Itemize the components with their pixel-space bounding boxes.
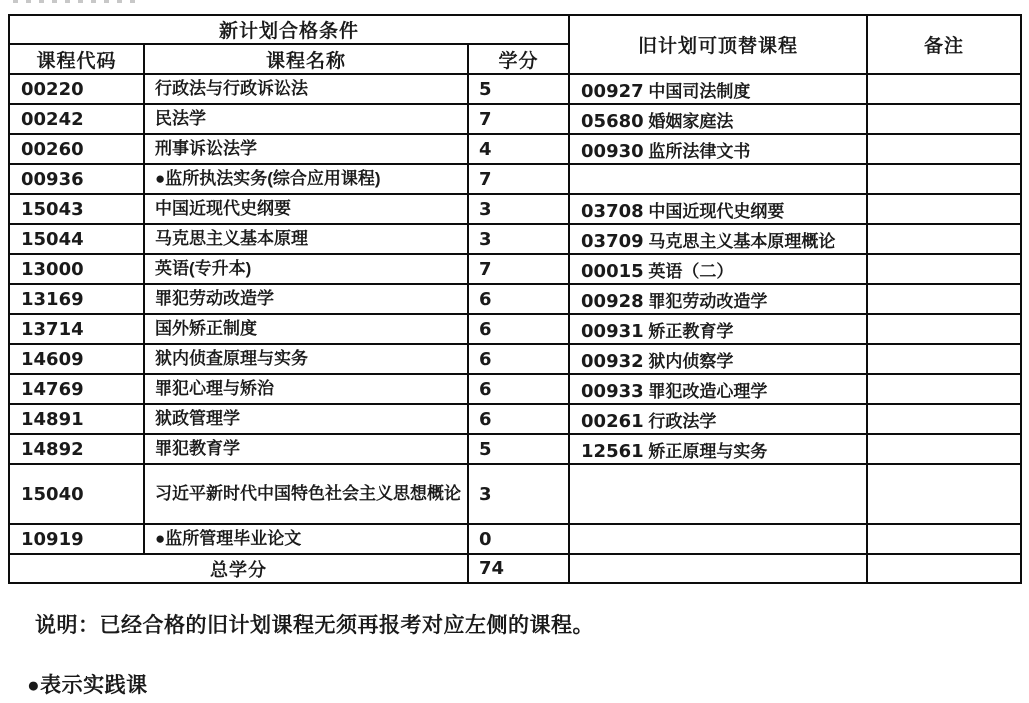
old-course-cell: 05680 婚姻家庭法 (569, 104, 867, 134)
course-code-cell: 13714 (9, 314, 144, 344)
table-row: 14769罪犯心理与矫治600933 罪犯改造心理学 (9, 374, 1021, 404)
table-row: 00242民法学705680 婚姻家庭法 (9, 104, 1021, 134)
old-plan-header: 旧计划可顶替课程 (569, 15, 867, 74)
course-name-cell: 习近平新时代中国特色社会主义思想概论 (144, 464, 468, 524)
explanation-note: 说明：已经合格的旧计划课程无须再报考对应左侧的课程。 (35, 609, 594, 639)
new-plan-header: 新计划合格条件 (9, 15, 569, 44)
old-course-cell: 03708 中国近现代史纲要 (569, 194, 867, 224)
old-course-code: 12561 (581, 441, 644, 462)
table-header: 新计划合格条件 旧计划可顶替课程 备注 课程代码 课程名称 学分 (9, 15, 1021, 74)
course-code-cell: 15043 (9, 194, 144, 224)
remark-cell (867, 554, 1021, 583)
table-row: 00260刑事诉讼法学400930 监所法律文书 (9, 134, 1021, 164)
col-header-credits: 学分 (468, 44, 569, 74)
old-course-cell (569, 464, 867, 524)
course-name-cell: 罪犯教育学 (144, 434, 468, 464)
table-row: 15044马克思主义基本原理303709 马克思主义基本原理概论 (9, 224, 1021, 254)
old-course-code: 00015 (581, 261, 644, 282)
course-name-cell: ●监所管理毕业论文 (144, 524, 468, 554)
old-course-cell (569, 524, 867, 554)
credits-cell: 5 (468, 434, 569, 464)
course-name-cell: 国外矫正制度 (144, 314, 468, 344)
credits-cell: 5 (468, 74, 569, 104)
old-course-code: 00261 (581, 411, 644, 432)
table-row: 14891狱政管理学600261 行政法学 (9, 404, 1021, 434)
practice-course-legend: ●表示实践课 (27, 669, 148, 699)
remark-header: 备注 (867, 15, 1021, 74)
table-row: 10919●监所管理毕业论文0 (9, 524, 1021, 554)
remark-cell (867, 164, 1021, 194)
remark-cell (867, 314, 1021, 344)
old-course-cell: 03709 马克思主义基本原理概论 (569, 224, 867, 254)
header-row-group: 新计划合格条件 旧计划可顶替课程 备注 (9, 15, 1021, 44)
credits-cell: 6 (468, 344, 569, 374)
table-row: 14892罪犯教育学512561 矫正原理与实务 (9, 434, 1021, 464)
course-name-cell: ●监所执法实务(综合应用课程) (144, 164, 468, 194)
course-code-cell: 00260 (9, 134, 144, 164)
remark-cell (867, 464, 1021, 524)
remark-cell (867, 134, 1021, 164)
course-name-cell: 英语(专升本) (144, 254, 468, 284)
remark-cell (867, 284, 1021, 314)
course-code-cell: 14892 (9, 434, 144, 464)
old-course-code: 00930 (581, 141, 644, 162)
old-course-code: 00932 (581, 351, 644, 372)
old-course-cell: 00015 英语（二） (569, 254, 867, 284)
table-row: 15040习近平新时代中国特色社会主义思想概论3 (9, 464, 1021, 524)
course-name-cell: 行政法与行政诉讼法 (144, 74, 468, 104)
old-course-cell: 00932 狱内侦察学 (569, 344, 867, 374)
credits-cell: 7 (468, 104, 569, 134)
table-row: 13000英语(专升本)700015 英语（二） (9, 254, 1021, 284)
credits-cell: 0 (468, 524, 569, 554)
total-credits-label: 总学分 (9, 554, 468, 583)
course-table-body: 00220行政法与行政诉讼法500927 中国司法制度00242民法学70568… (9, 74, 1021, 554)
old-course-code: 00927 (581, 81, 644, 102)
credits-cell: 3 (468, 224, 569, 254)
old-course-code: 05680 (581, 111, 644, 132)
credits-cell: 6 (468, 404, 569, 434)
old-course-cell: 00261 行政法学 (569, 404, 867, 434)
credits-cell: 3 (468, 464, 569, 524)
table-row: 00220行政法与行政诉讼法500927 中国司法制度 (9, 74, 1021, 104)
credits-cell: 6 (468, 314, 569, 344)
course-name-cell: 民法学 (144, 104, 468, 134)
course-name-cell: 罪犯劳动改造学 (144, 284, 468, 314)
credits-cell: 4 (468, 134, 569, 164)
old-course-cell (569, 554, 867, 583)
course-code-cell: 14769 (9, 374, 144, 404)
document-page: 新计划合格条件 旧计划可顶替课程 备注 课程代码 课程名称 学分 00220行政… (0, 0, 1029, 703)
course-name-cell: 马克思主义基本原理 (144, 224, 468, 254)
credits-cell: 7 (468, 254, 569, 284)
course-name-cell: 狱政管理学 (144, 404, 468, 434)
remark-cell (867, 194, 1021, 224)
course-code-cell: 13000 (9, 254, 144, 284)
old-course-cell: 00931 矫正教育学 (569, 314, 867, 344)
old-course-code: 00933 (581, 381, 644, 402)
course-name-cell: 刑事诉讼法学 (144, 134, 468, 164)
old-course-cell: 00927 中国司法制度 (569, 74, 867, 104)
col-header-course-code: 课程代码 (9, 44, 144, 74)
credits-cell: 6 (468, 374, 569, 404)
table-footer: 总学分 74 (9, 554, 1021, 583)
remark-cell (867, 434, 1021, 464)
col-header-course-name: 课程名称 (144, 44, 468, 74)
old-course-code: 03709 (581, 231, 644, 252)
total-row: 总学分 74 (9, 554, 1021, 583)
course-name-cell: 狱内侦查原理与实务 (144, 344, 468, 374)
remark-cell (867, 104, 1021, 134)
course-code-cell: 14891 (9, 404, 144, 434)
table-row: 14609狱内侦查原理与实务600932 狱内侦察学 (9, 344, 1021, 374)
old-course-code: 00931 (581, 321, 644, 342)
course-name-cell: 罪犯心理与矫治 (144, 374, 468, 404)
remark-cell (867, 374, 1021, 404)
remark-cell (867, 524, 1021, 554)
credits-cell: 7 (468, 164, 569, 194)
old-course-code: 03708 (581, 201, 644, 222)
course-name-cell: 中国近现代史纲要 (144, 194, 468, 224)
course-code-cell: 10919 (9, 524, 144, 554)
course-code-cell: 00242 (9, 104, 144, 134)
table-row: 13714国外矫正制度600931 矫正教育学 (9, 314, 1021, 344)
old-course-cell: 12561 矫正原理与实务 (569, 434, 867, 464)
table-row: 00936●监所执法实务(综合应用课程)7 (9, 164, 1021, 194)
old-course-cell: 00930 监所法律文书 (569, 134, 867, 164)
course-code-cell: 00220 (9, 74, 144, 104)
remark-cell (867, 74, 1021, 104)
course-code-cell: 15044 (9, 224, 144, 254)
remark-cell (867, 254, 1021, 284)
table-row: 15043中国近现代史纲要303708 中国近现代史纲要 (9, 194, 1021, 224)
cropped-text-artifact (13, 0, 143, 3)
total-credits-value: 74 (468, 554, 569, 583)
course-code-cell: 00936 (9, 164, 144, 194)
old-course-cell: 00928 罪犯劳动改造学 (569, 284, 867, 314)
credits-cell: 6 (468, 284, 569, 314)
remark-cell (867, 404, 1021, 434)
old-course-cell (569, 164, 867, 194)
remark-cell (867, 224, 1021, 254)
credits-cell: 3 (468, 194, 569, 224)
old-course-cell: 00933 罪犯改造心理学 (569, 374, 867, 404)
course-code-cell: 14609 (9, 344, 144, 374)
course-code-cell: 13169 (9, 284, 144, 314)
course-code-cell: 15040 (9, 464, 144, 524)
old-course-code: 00928 (581, 291, 644, 312)
course-plan-table: 新计划合格条件 旧计划可顶替课程 备注 课程代码 课程名称 学分 00220行政… (8, 14, 1022, 584)
remark-cell (867, 344, 1021, 374)
table-row: 13169罪犯劳动改造学600928 罪犯劳动改造学 (9, 284, 1021, 314)
